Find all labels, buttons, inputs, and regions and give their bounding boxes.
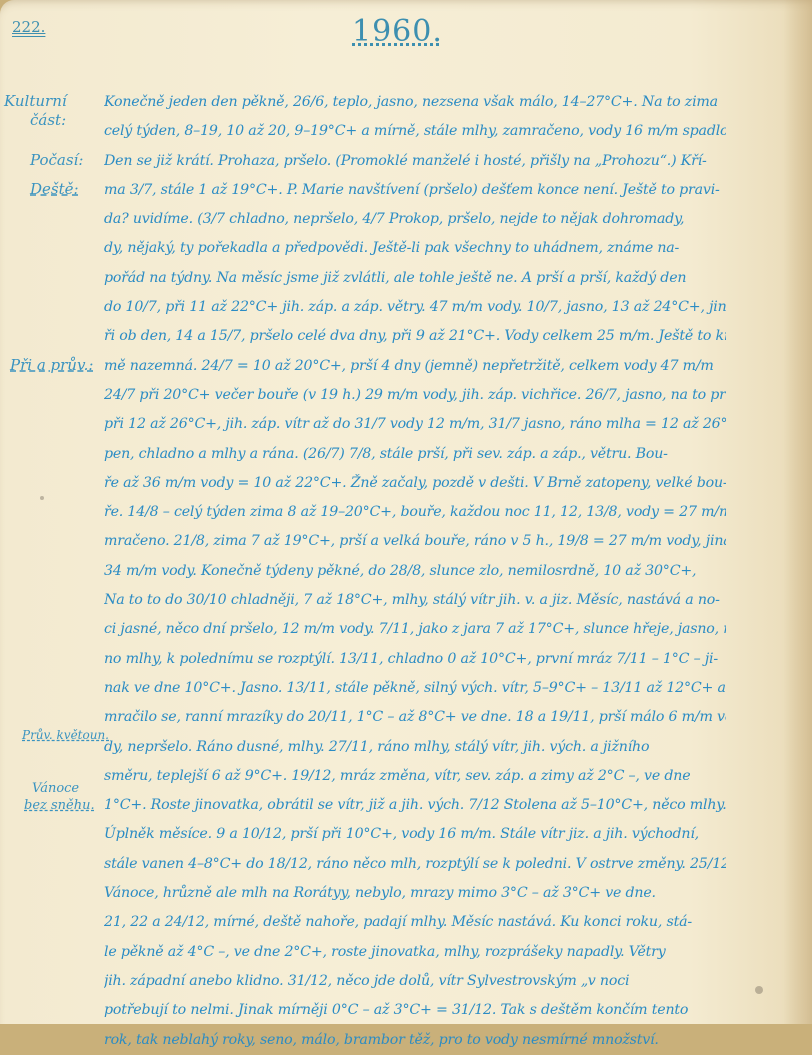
margin-note-line: bez sněhu.	[24, 797, 95, 814]
text-line: dy, nepršelo. Ráno dusné, mlhy. 27/11, r…	[104, 733, 726, 762]
text-line: stále vanen 4–8°C+ do 18/12, ráno něco m…	[104, 850, 726, 879]
text-line: no mlhy, k polednímu se rozptýlí. 13/11,…	[104, 645, 726, 674]
text-line: do 10/7, při 11 až 22°C+ jih. záp. a záp…	[104, 293, 726, 322]
text-line: směru, teplejší 6 až 9°C+. 19/12, mráz z…	[104, 762, 726, 791]
text-line: 1°C+. Roste jinovatka, obrátil se vítr, …	[104, 791, 726, 820]
text-line: Úplněk měsíce. 9 a 10/12, prší při 10°C+…	[104, 820, 726, 849]
text-line: nak ve dne 10°C+. Jasno. 13/11, stále pě…	[104, 674, 726, 703]
text-line: dy, nějaký, ty pořekadla a předpovědi. J…	[104, 234, 726, 263]
text-line: le pěkně až 4°C –, ve dne 2°C+, roste ji…	[104, 938, 726, 967]
text-line: mračilo se, ranní mrazíky do 20/11, 1°C …	[104, 703, 726, 732]
text-line: ři ob den, 14 a 15/7, pršelo celé dva dn…	[104, 322, 726, 351]
text-line: 21, 22 a 24/12, mírné, deště nahoře, pad…	[104, 908, 726, 937]
text-line: Vánoce, hrůzně ale mlh na Rorátyy, nebyl…	[104, 879, 726, 908]
text-line: Konečně jeden den pěkně, 26/6, teplo, ja…	[104, 88, 726, 117]
margin-note-line: část:	[4, 111, 67, 130]
text-line: jih. západní anebo klidno. 31/12, něco j…	[104, 967, 726, 996]
margin-note-line: Vánoce	[24, 780, 95, 797]
text-line: pořád na týdny. Na měsíc jsme již zvlátl…	[104, 264, 726, 293]
margin-note-vanoce: Vánoce bez sněhu.	[24, 780, 95, 814]
page-year-heading: 1960.	[352, 14, 443, 49]
text-line: ci jasné, něco dní pršelo, 12 m/m vody. …	[104, 615, 726, 644]
text-line: ře až 36 m/m vody = 10 až 22°C+. Žně zač…	[104, 469, 726, 498]
handwritten-body: Konečně jeden den pěkně, 26/6, teplo, ja…	[104, 88, 726, 1024]
margin-note-line: Počasí:	[30, 151, 83, 170]
page-number: 222.	[12, 18, 45, 36]
margin-note-line: Prův. květoun.	[22, 726, 109, 745]
text-line: pen, chladno a mlhy a rána. (26/7) 7/8, …	[104, 440, 726, 469]
text-line: 34 m/m vody. Konečně týdeny pěkné, do 28…	[104, 557, 726, 586]
chronicle-page: 222. 1960. Kulturní část: Počasí: Deště:…	[0, 0, 812, 1024]
ink-smudge	[755, 986, 763, 994]
page-spine-shadow	[784, 0, 812, 1024]
margin-note-pruv-kvetoun: Prův. květoun.	[22, 726, 109, 745]
margin-note-line: Kulturní	[4, 92, 67, 111]
margin-note-pocasi: Počasí:	[30, 151, 83, 170]
text-line: da? uvidíme. (3/7 chladno, nepršelo, 4/7…	[104, 205, 726, 234]
margin-note-pri-a-pruv: Při a prův.:	[10, 356, 94, 375]
margin-note-deste: Deště:	[30, 180, 79, 199]
margin-note-line: Při a prův.:	[10, 356, 94, 375]
ink-dot	[40, 496, 44, 500]
margin-note-line: Deště:	[30, 180, 79, 199]
text-line: Na to to do 30/10 chladněji, 7 až 18°C+,…	[104, 586, 726, 615]
text-line: mě nazemná. 24/7 = 10 až 20°C+, prší 4 d…	[104, 352, 726, 381]
text-line: potřebují to nelmi. Jinak mírněji 0°C – …	[104, 996, 726, 1024]
text-line: ma 3/7, stále 1 až 19°C+. P. Marie navšt…	[104, 176, 726, 205]
text-line: 24/7 při 20°C+ večer bouře (v 19 h.) 29 …	[104, 381, 726, 410]
text-line: při 12 až 26°C+, jih. záp. vítr až do 31…	[104, 410, 726, 439]
text-line: mračeno. 21/8, zima 7 až 19°C+, prší a v…	[104, 527, 726, 556]
text-line: Den se již krátí. Prohaza, pršelo. (Prom…	[104, 147, 726, 176]
margin-note-kulturni-cast: Kulturní část:	[4, 92, 67, 130]
text-line: ře. 14/8 – celý týden zima 8 až 19–20°C+…	[104, 498, 726, 527]
text-line: celý týden, 8–19, 10 až 20, 9–19°C+ a mí…	[104, 117, 726, 146]
